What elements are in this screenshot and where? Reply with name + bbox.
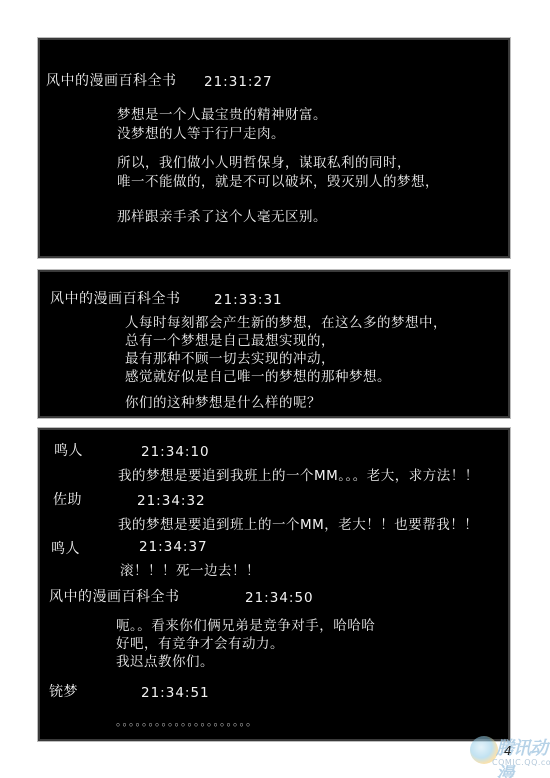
message-line: 总有一个梦想是自己最想实现的， bbox=[125, 332, 335, 351]
message-line: 人每时每刻都会产生新的梦想，在这么多的梦想中， bbox=[125, 314, 447, 333]
sender-name: 佐助 bbox=[53, 491, 82, 509]
message-line: 所以，我们做小人明哲保身，谋取私利的同时， bbox=[117, 154, 411, 173]
watermark-logo: 腾讯动漫 COMIC.QQ.com bbox=[478, 734, 550, 774]
sender-name: 风中的漫画百科全书 bbox=[49, 588, 180, 606]
sender-name: 鸣人 bbox=[51, 540, 80, 558]
timestamp: 21:33:31 bbox=[214, 291, 283, 309]
sender-name: 风中的漫画百科全书 bbox=[46, 72, 177, 90]
sender-name: 鸣人 bbox=[54, 442, 83, 460]
message-line: 我的梦想是要追到我班上的一个MM。。。老大，求方法！！ bbox=[118, 467, 479, 486]
timestamp: 21:34:32 bbox=[137, 492, 206, 510]
timestamp: 21:34:50 bbox=[245, 589, 314, 607]
chat-panel-1: 风中的漫画百科全书 21:31:27 梦想是一个人最宝贵的精神财富。 没梦想的人… bbox=[38, 38, 510, 258]
message-line: 最有那种不顾一切去实现的冲动， bbox=[125, 350, 335, 369]
message-line: 好吧，有竞争才会有动力。 bbox=[116, 635, 284, 654]
timestamp: 21:34:37 bbox=[139, 538, 208, 556]
logo-subtitle: COMIC.QQ.com bbox=[492, 758, 550, 767]
message-line: 我迟点教你们。 bbox=[116, 653, 214, 672]
message-line: 感觉就好似是自己唯一的梦想的那种梦想。 bbox=[125, 368, 391, 387]
timestamp: 21:34:10 bbox=[141, 443, 210, 461]
message-line: 那样跟亲手杀了这个人毫无区别。 bbox=[117, 208, 327, 227]
message-line: 。。。。。。。。。。。。。。。。。。。。。 bbox=[116, 713, 258, 731]
chat-panel-2: 风中的漫画百科全书 21:33:31 人每时每刻都会产生新的梦想，在这么多的梦想… bbox=[38, 270, 510, 418]
message-line: 滚！！！死一边去！！ bbox=[120, 562, 260, 581]
page-number: 4 bbox=[504, 744, 512, 758]
message-line: 梦想是一个人最宝贵的精神财富。 bbox=[117, 106, 327, 125]
message-line: 没梦想的人等于行尸走肉。 bbox=[117, 125, 285, 144]
timestamp: 21:34:51 bbox=[141, 684, 210, 702]
message-line: 我的梦想是要追到班上的一个MM，老大！！也要帮我！！ bbox=[118, 516, 478, 535]
message-line: 唯一不能做的，就是不可以破坏，毁灭别人的梦想， bbox=[117, 173, 439, 192]
message-line: 呃。。看来你们俩兄弟是竞争对手，哈哈哈 bbox=[116, 617, 375, 636]
sender-name: 铳梦 bbox=[49, 683, 78, 701]
chat-panel-3: 鸣人 21:34:10 我的梦想是要追到我班上的一个MM。。。老大，求方法！！ … bbox=[38, 428, 510, 741]
sender-name: 风中的漫画百科全书 bbox=[50, 290, 181, 308]
timestamp: 21:31:27 bbox=[204, 73, 273, 91]
message-line: 你们的这种梦想是什么样的呢？ bbox=[125, 394, 321, 413]
